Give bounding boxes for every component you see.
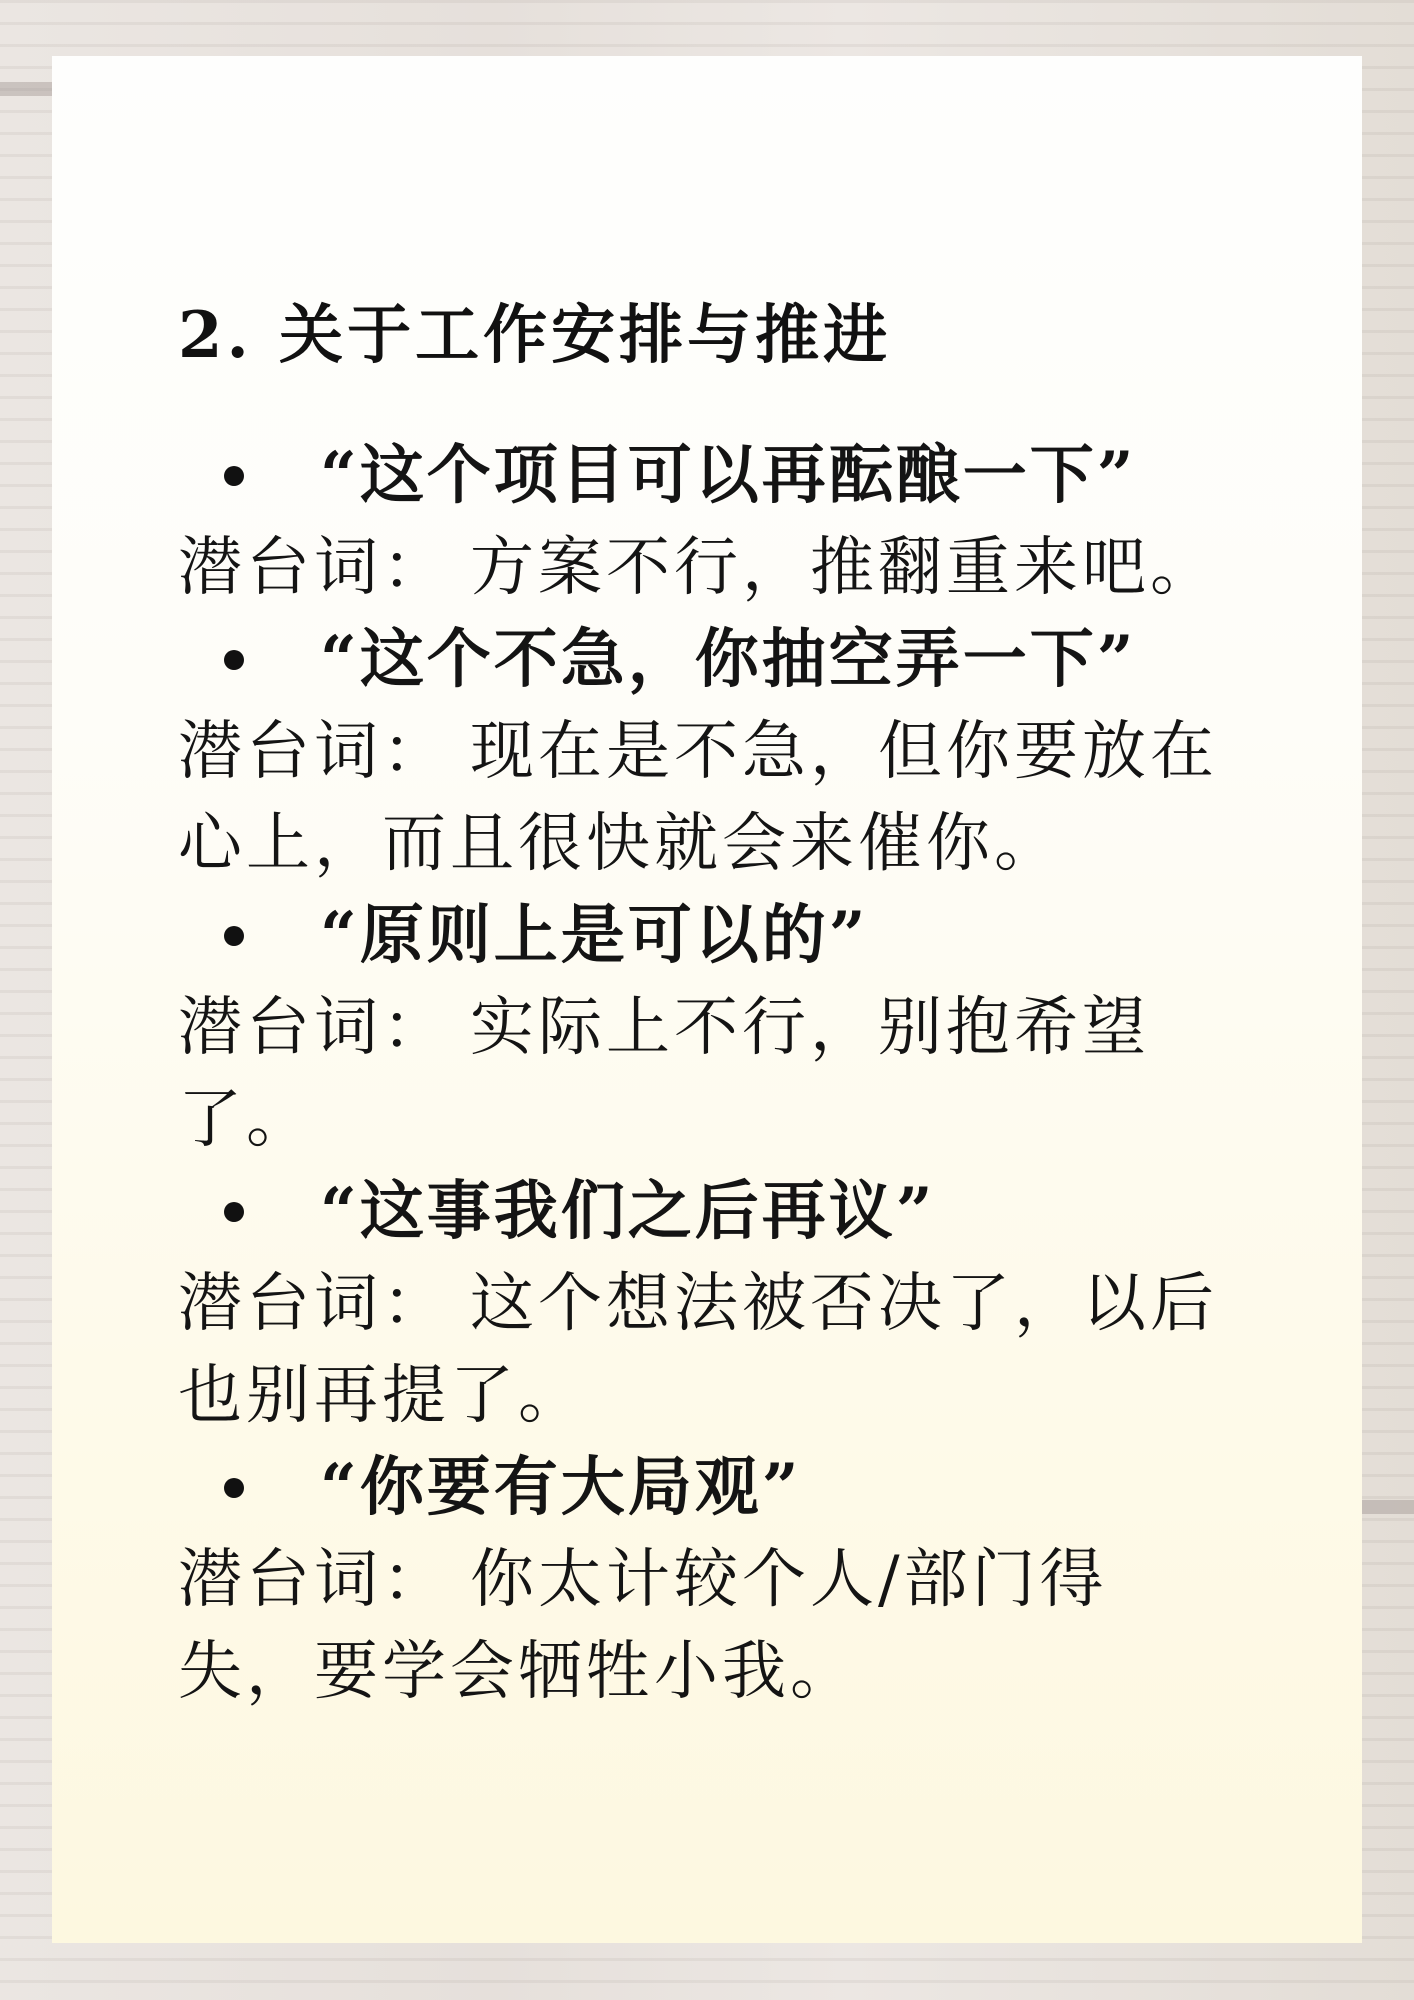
bullet-icon xyxy=(224,1202,244,1222)
background-texture-band xyxy=(0,82,52,96)
subtext-line-continued: 心上，而且很快就会来催你。 xyxy=(178,798,1328,890)
quote-text: “原则上是可以的” xyxy=(320,898,869,973)
subtext-text: 实际上不行，别抱希望 xyxy=(470,991,1150,1065)
subtext-text: 方案不行，推翻重来吧。 xyxy=(470,531,1218,605)
phrase-quote: “这事我们之后再议” xyxy=(178,1166,1328,1258)
subtext-text: 失，要学会牺牲小我。 xyxy=(178,1635,858,1709)
subtext-line: 潜台词：实际上不行，别抱希望 xyxy=(178,982,1328,1074)
subtext-line: 潜台词：这个想法被否决了，以后 xyxy=(178,1258,1328,1350)
subtext-text: 现在是不急，但你要放在 xyxy=(470,715,1218,789)
subtext-label: 潜台词： xyxy=(178,531,450,605)
phrase-quote: “原则上是可以的” xyxy=(178,890,1328,982)
subtext-line: 潜台词：现在是不急，但你要放在 xyxy=(178,706,1328,798)
subtext-line-continued: 也别再提了。 xyxy=(178,1350,1328,1442)
subtext-line: 潜台词：方案不行，推翻重来吧。 xyxy=(178,522,1328,614)
subtext-label: 潜台词： xyxy=(178,1267,450,1341)
bullet-icon xyxy=(224,466,244,486)
phrase-quote: “你要有大局观” xyxy=(178,1442,1328,1534)
subtext-line-continued: 失，要学会牺牲小我。 xyxy=(178,1626,1328,1718)
subtext-text: 这个想法被否决了，以后 xyxy=(470,1267,1218,1341)
subtext-line: 潜台词：你太计较个人/部门得 xyxy=(178,1534,1328,1626)
subtext-label: 潜台词： xyxy=(178,991,450,1065)
subtext-text: 心上，而且很快就会来催你。 xyxy=(178,807,1062,881)
subtext-label: 潜台词： xyxy=(178,715,450,789)
phrase-list: “这个项目可以再酝酿一下” 潜台词：方案不行，推翻重来吧。 “这个不急，你抽空弄… xyxy=(178,430,1328,1718)
quote-text: “你要有大局观” xyxy=(320,1450,802,1525)
phrase-quote: “这个项目可以再酝酿一下” xyxy=(178,430,1328,522)
bullet-icon xyxy=(224,926,244,946)
quote-text: “这事我们之后再议” xyxy=(320,1174,936,1249)
section-title: 2. 关于工作安排与推进 xyxy=(178,296,891,376)
content-card: 2. 关于工作安排与推进 “这个项目可以再酝酿一下” 潜台词：方案不行，推翻重来… xyxy=(52,56,1362,1943)
subtext-text: 也别再提了。 xyxy=(178,1359,586,1433)
phrase-quote: “这个不急，你抽空弄一下” xyxy=(178,614,1328,706)
subtext-label: 潜台词： xyxy=(178,1543,450,1617)
bullet-icon xyxy=(224,1478,244,1498)
bullet-icon xyxy=(224,650,244,670)
subtext-text: 你太计较个人/部门得 xyxy=(470,1543,1108,1617)
quote-text: “这个不急，你抽空弄一下” xyxy=(320,622,1137,697)
subtext-line-continued: 了。 xyxy=(178,1074,1328,1166)
subtext-text: 了。 xyxy=(178,1083,314,1157)
quote-text: “这个项目可以再酝酿一下” xyxy=(320,438,1137,513)
background-texture-band xyxy=(1362,1500,1414,1514)
